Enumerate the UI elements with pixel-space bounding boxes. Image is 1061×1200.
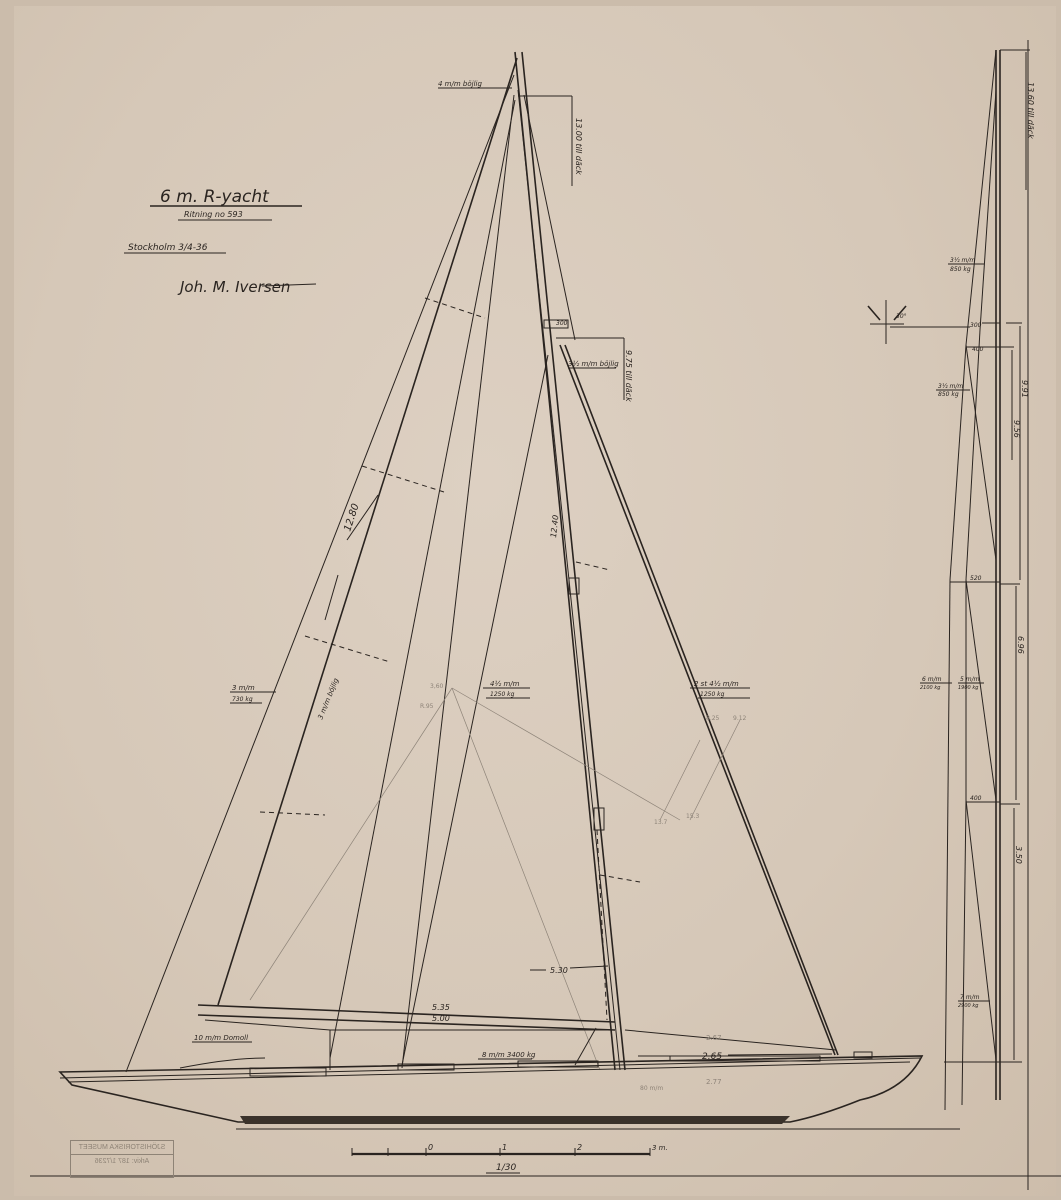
label-foot-length: 5.30: [550, 966, 568, 975]
svg-text:2: 2: [577, 1143, 582, 1152]
place-date: Stockholm 3/4-36: [128, 243, 208, 253]
jib-stay: [402, 95, 514, 1068]
label-total-height: 13.60 till däck: [1026, 82, 1035, 139]
label-mast-length: 12.40: [549, 514, 560, 538]
label-luff-length: 12.80: [342, 502, 361, 533]
label-chainplate: 8 m/m 3400 kg: [482, 1051, 536, 1059]
svg-text:6 m/m: 6 m/m: [922, 676, 942, 683]
label-shroud-1: 4½ m/m: [490, 680, 520, 688]
svg-text:2100 kg: 2100 kg: [920, 685, 940, 691]
svg-text:520: 520: [970, 575, 982, 582]
scale-ratio: 1/30: [496, 1163, 516, 1173]
label-shroud-2: 2 st 4½ m/m: [694, 680, 739, 688]
svg-text:1900 kg: 1900 kg: [958, 685, 978, 691]
hull: [60, 1052, 960, 1129]
label-masthead-stay: 4 m/m böjlig: [438, 80, 482, 88]
spreader-detail: 30°: [868, 300, 970, 344]
svg-text:400: 400: [972, 346, 984, 353]
svg-text:3½ m/m: 3½ m/m: [938, 383, 963, 390]
svg-text:9.56: 9.56: [1012, 420, 1021, 438]
svg-text:5 m/m: 5 m/m: [960, 676, 980, 683]
svg-text:1: 1: [502, 1143, 507, 1152]
svg-text:9.91: 9.91: [1020, 380, 1029, 398]
label-shroud-2-load: 1250 kg: [700, 691, 725, 698]
svg-text:2.67: 2.67: [706, 1034, 722, 1042]
drawing-number: Ritning no 593: [184, 210, 243, 219]
svg-text:15.3: 15.3: [686, 813, 700, 820]
svg-text:8.25: 8.25: [706, 715, 720, 722]
svg-text:300: 300: [970, 322, 982, 329]
svg-text:9.12: 9.12: [733, 715, 747, 722]
label-height-top: 13.00 till däck: [574, 118, 583, 175]
boom: [198, 1005, 836, 1070]
archive-stamp: SJÖHISTORISKA MUSEET Arkiv: 187 1/7236: [70, 1140, 174, 1178]
mast: [515, 52, 625, 1070]
label-aft-dimension: 2.65: [702, 1052, 722, 1062]
label-boom-upper: 5.35: [432, 1003, 450, 1012]
svg-text:850 kg: 850 kg: [950, 266, 971, 273]
label-forestay-load: 730 kg: [232, 696, 253, 703]
label-height-jib: 9.75 till däck: [624, 350, 633, 402]
svg-text:6.96: 6.96: [1016, 636, 1025, 654]
svg-text:7 m/m: 7 m/m: [960, 994, 980, 1001]
shroud-fwd: [402, 355, 548, 1065]
svg-text:2900 kg: 2900 kg: [958, 1003, 978, 1009]
svg-text:3 m.: 3 m.: [652, 1144, 668, 1152]
forestay: [126, 75, 514, 1072]
svg-text:30°: 30°: [896, 313, 907, 320]
svg-text:3,60: 3,60: [430, 683, 444, 690]
drawing-title: 6 m. R-yacht: [160, 187, 270, 207]
label-bowsprit: 10 m/m Domoll: [194, 1034, 248, 1042]
label-jib-stay: 3½ m/m böjlig: [568, 360, 619, 368]
shroud-aft: [560, 345, 835, 1055]
label-forestay: 3 m/m: [232, 684, 255, 692]
svg-text:3.50: 3.50: [1014, 846, 1023, 864]
svg-text:400: 400: [970, 795, 982, 802]
svg-text:0: 0: [428, 1143, 433, 1152]
label-spreader-top: 300: [556, 320, 568, 327]
title-block: 6 m. R-yacht Ritning no 593 Stockholm 3/…: [124, 187, 316, 296]
svg-text:13.7: 13.7: [654, 819, 668, 826]
svg-text:3½ m/m: 3½ m/m: [950, 257, 975, 264]
svg-text:2.77: 2.77: [706, 1078, 722, 1086]
svg-text:R.95: R.95: [420, 703, 434, 710]
label-boom-lower: 5.00: [432, 1014, 450, 1023]
signature: Joh. M. Iversen: [177, 278, 290, 296]
svg-text:80 m/m: 80 m/m: [640, 1085, 663, 1092]
scale-bar: 0 1 2 3 m. 1/30: [352, 1143, 668, 1173]
mast-elevation: 13.60 till däck 300 400 520 400 9.91 9.5…: [920, 50, 1035, 1110]
svg-text:850 kg: 850 kg: [938, 391, 959, 398]
label-shroud-1-load: 1250 kg: [490, 691, 515, 698]
sail-plan-drawing: 6 m. R-yacht Ritning no 593 Stockholm 3/…: [0, 0, 1061, 1200]
sail-plan-labels: 4 m/m böjlig 13.00 till däck 300 3½ m/m …: [192, 80, 832, 1092]
